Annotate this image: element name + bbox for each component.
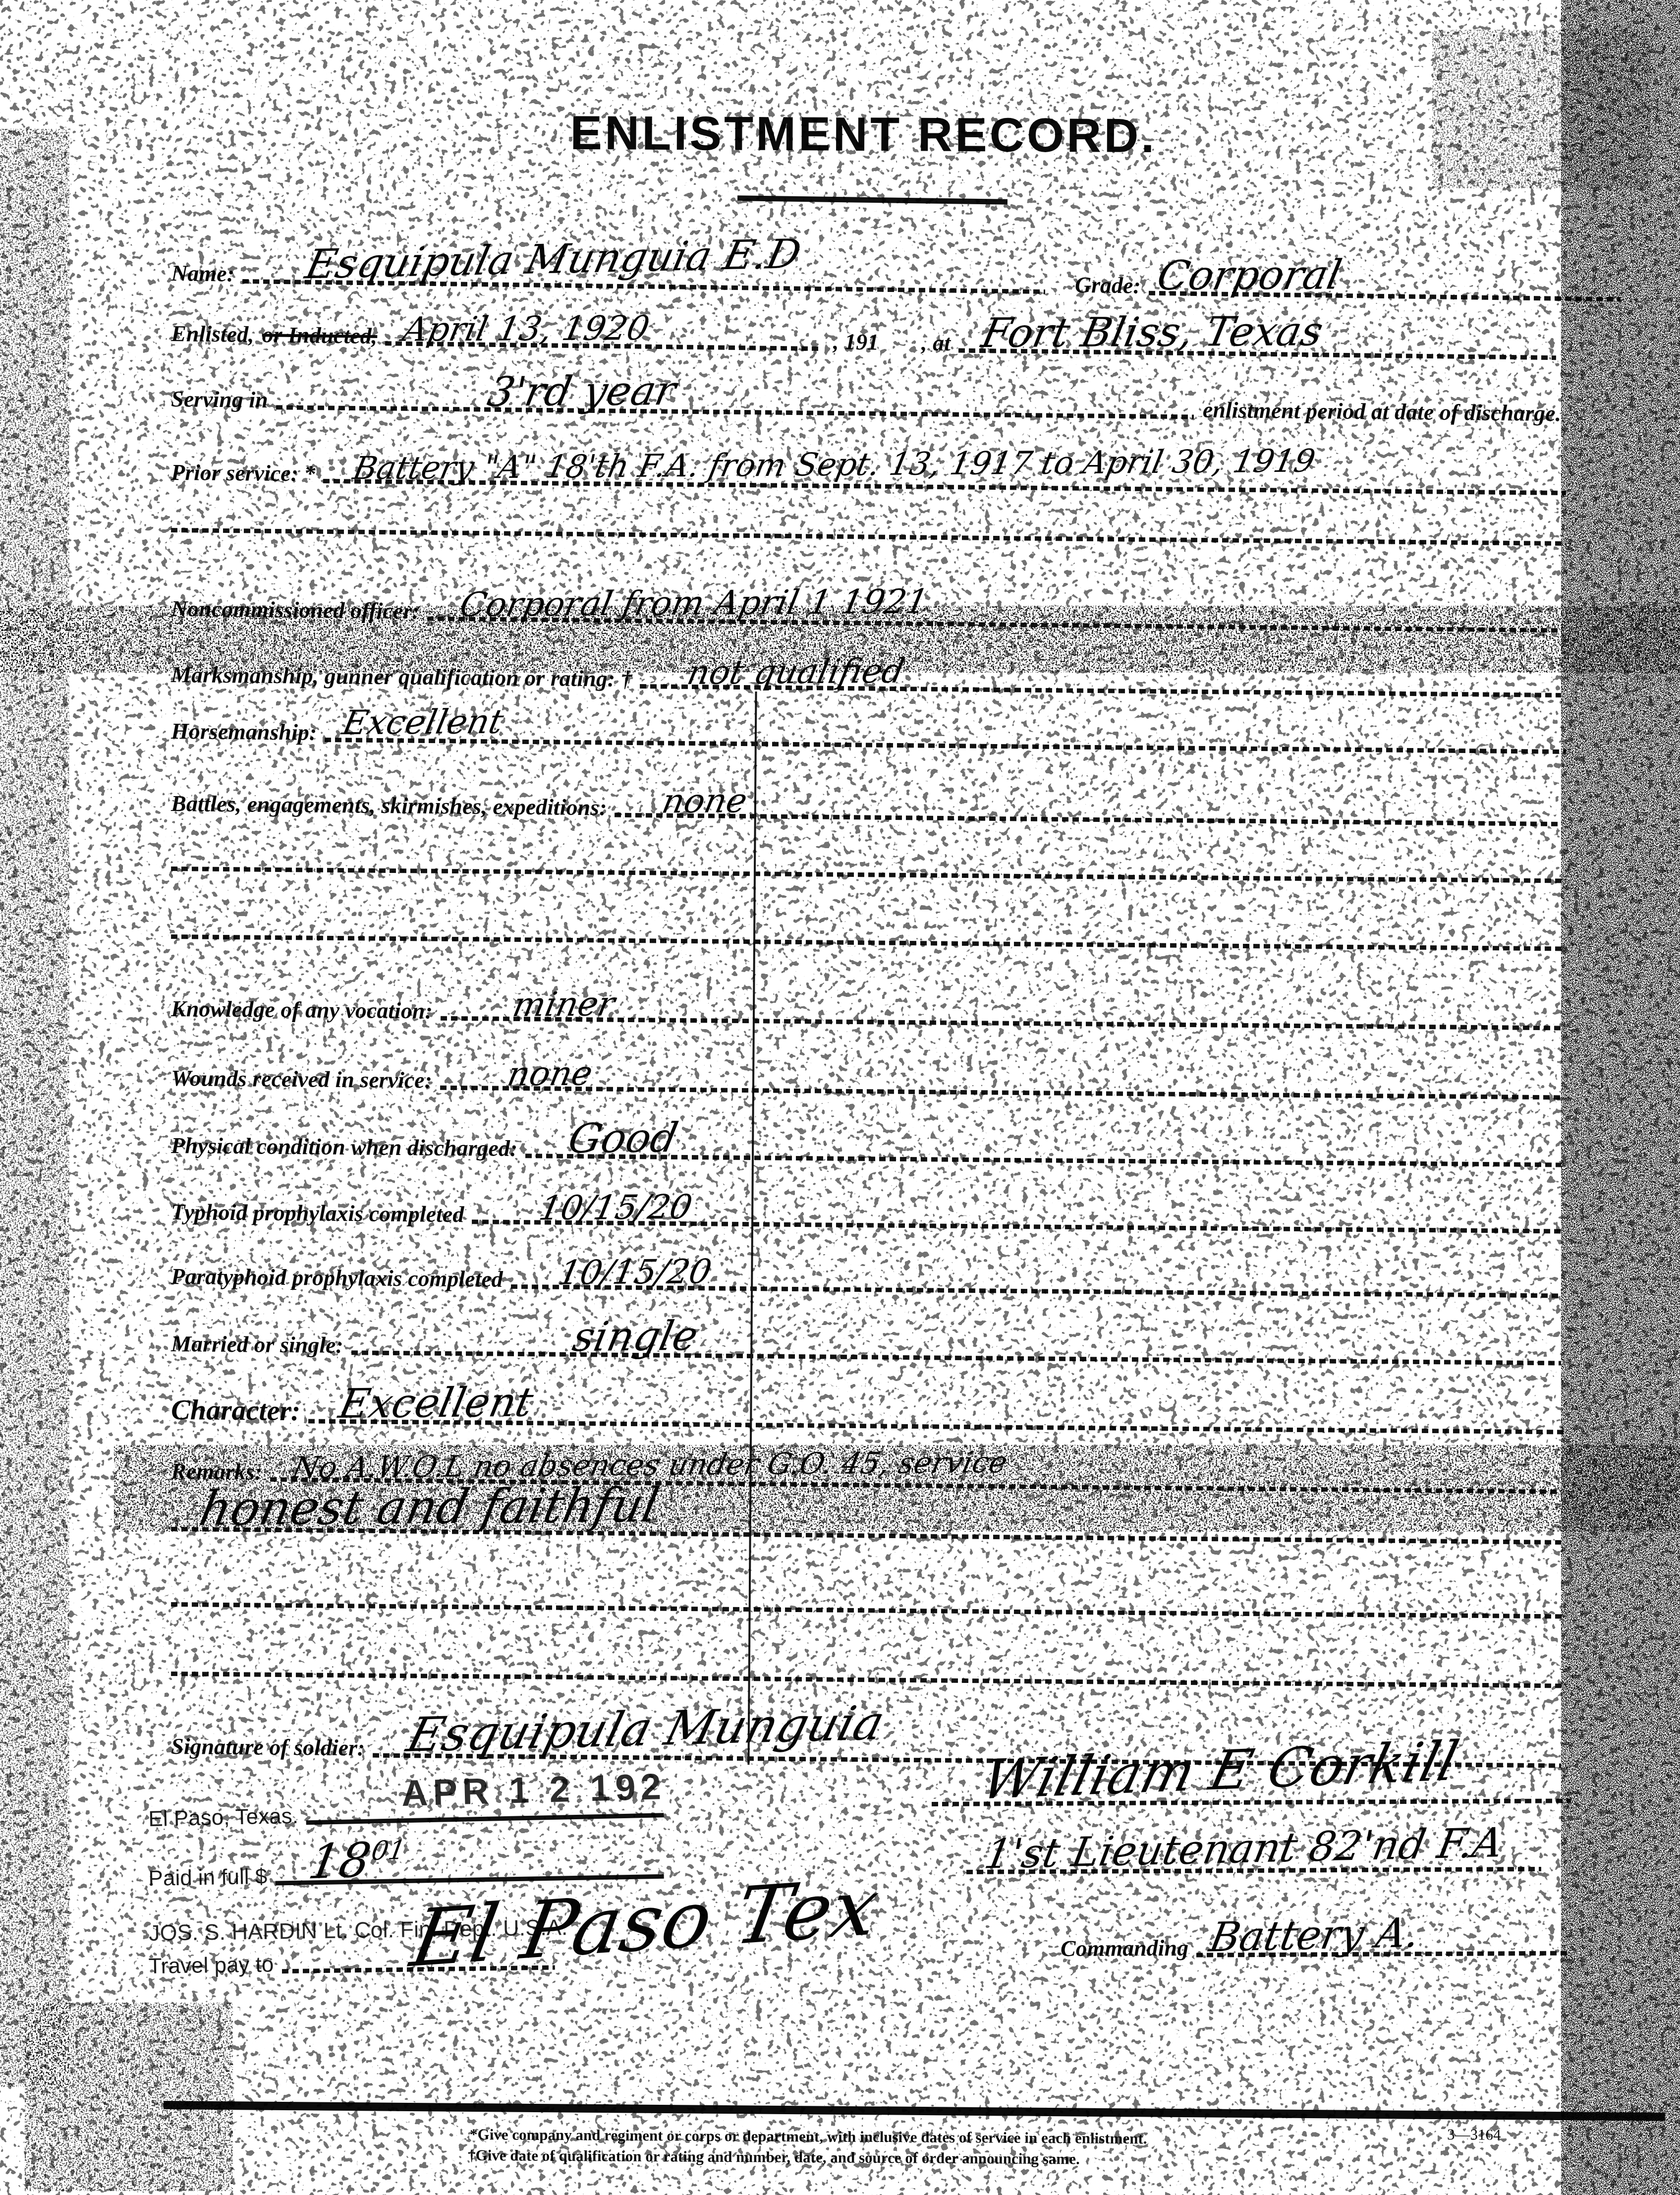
paratyphoid-value-handwriting: 10/15/20	[556, 1255, 714, 1290]
wounds-line: none	[440, 1086, 1561, 1100]
enlisted-at-label: , at	[921, 332, 958, 356]
marksmanship-line: not qualified	[640, 684, 1561, 697]
character-line: Excellent	[308, 1419, 1566, 1434]
enlisted-place-handwriting: Fort Bliss, Texas	[978, 312, 1327, 354]
footnote-2: †Give date of qualification or rating an…	[468, 2146, 1080, 2168]
grade-line: Corporal	[1149, 291, 1621, 301]
marksmanship-value-handwriting: not qualified	[684, 655, 907, 690]
officer-rank-row: 1'st Lieutenant 82'nd F.A	[966, 1867, 1541, 1877]
wounds-value-handwriting: none	[504, 1057, 595, 1092]
travel-pay-handwriting: El Paso Tex	[367, 1867, 884, 2195]
officer-rank-handwriting: 1'st Lieutenant 82'nd F.A	[981, 1823, 1507, 1875]
horsemanship-label: Horsemanship:	[171, 720, 325, 745]
field-row-prior-service: Prior service: * Battery "A" 18'th F.A. …	[171, 461, 1566, 498]
remarks-line-2: honest and faithful	[171, 1527, 1561, 1545]
physical-value-handwriting: Good	[565, 1118, 681, 1159]
typhoid-line: 10/15/20	[472, 1219, 1561, 1233]
empty-line-2	[171, 866, 1566, 883]
empty-line-3	[171, 934, 1566, 951]
paid-amount-handwriting: 1801	[305, 1835, 408, 1886]
nco-line: Corporal from April 1 1921	[427, 616, 1561, 633]
field-row-remarks-2: honest and faithful	[171, 1527, 1561, 1548]
empty-line-1	[171, 528, 1566, 546]
enlisted-year-blank	[887, 355, 921, 355]
nco-value-handwriting: Corporal from April 1 1921	[457, 585, 931, 622]
vocation-line: miner	[441, 1016, 1561, 1031]
enlisted-year-prefix: , 191	[821, 330, 887, 355]
battles-value-handwriting: none	[659, 784, 750, 818]
signature-label: Signature of soldier:	[171, 1735, 373, 1761]
field-row-name-grade: Name: Esquipula Munguia E.D Grade: Corpo…	[171, 262, 1621, 304]
battles-label: Battles, engagements, skirmishes, expedi…	[171, 792, 615, 820]
marksmanship-label: Marksmanship, gunner qualification or ra…	[171, 663, 640, 692]
vocation-label: Knowledge of any vocation:	[171, 997, 441, 1024]
name-line: Esquipula Munguia E.D	[242, 279, 1045, 294]
field-row-battles: Battles, engagements, skirmishes, expedi…	[171, 792, 1561, 829]
officer-signature-row: William E Corkill	[932, 1798, 1571, 1809]
field-row-paratyphoid: Paratyphoid prophylaxis completed 10/15/…	[171, 1265, 1561, 1301]
field-row-marksmanship: Marksmanship, gunner qualification or ra…	[171, 663, 1561, 700]
grade-label: Grade:	[1045, 273, 1149, 298]
serving-value-handwriting: 3'rd year	[484, 371, 679, 412]
field-row-physical: Physical condition when discharged: Good	[171, 1134, 1561, 1170]
soldier-signature-handwriting: Esquipula Munguia	[402, 1699, 889, 1759]
empty-line-4	[171, 1602, 1566, 1619]
form-number: 3—3164	[1447, 2126, 1501, 2144]
commanding-line: Battery A.	[1196, 1951, 1571, 1958]
character-label: Character:	[171, 1395, 309, 1426]
wounds-label: Wounds received in service:	[171, 1067, 440, 1093]
paid-dollars: 18	[304, 1832, 375, 1890]
married-line: single	[351, 1350, 1561, 1365]
field-row-enlisted: Enlisted, or Inducted, April 13, 1920 , …	[171, 322, 1556, 363]
physical-label: Physical condition when discharged:	[171, 1134, 525, 1161]
commanding-unit-handwriting: Battery A.	[1206, 1913, 1423, 1959]
enlistment-record-page: ENLISTMENT RECORD. Name: Esquipula Mungu…	[0, 0, 1680, 2195]
field-row-serving: Serving in 3'rd year enlistment period a…	[171, 388, 1561, 426]
commanding-row: Commanding Battery A.	[1061, 1935, 1571, 1961]
officer-signature-line: William E Corkill	[932, 1798, 1571, 1806]
prior-service-handwriting: Battery "A" 18'th F.A. from Sept. 13, 19…	[350, 446, 1318, 485]
travel-pay-label: Travel pay to	[148, 1954, 281, 1978]
paratyphoid-label: Paratyphoid prophylaxis completed	[171, 1265, 511, 1292]
commanding-label: Commanding	[1061, 1937, 1196, 1961]
enlisted-date-line: April 13, 1920	[385, 341, 821, 351]
field-row-horsemanship: Horsemanship: Excellent	[171, 720, 1566, 757]
serving-suffix: enlistment period at date of discharge.	[1194, 399, 1562, 426]
enlisted-struck-text: or Inducted,	[262, 323, 385, 348]
field-row-wounds: Wounds received in service: none	[171, 1067, 1561, 1102]
prior-service-label: Prior service: *	[171, 461, 324, 486]
paratyphoid-line: 10/15/20	[511, 1284, 1561, 1298]
empty-line-5	[171, 1672, 1566, 1688]
discharge-place-line	[306, 1813, 664, 1825]
paid-in-full-label: Paid in full $	[148, 1866, 275, 1891]
enlisted-label: Enlisted,	[171, 322, 262, 347]
typhoid-label: Typhoid prophylaxis completed	[171, 1201, 472, 1227]
remarks-handwriting-2: honest and faithful	[196, 1481, 663, 1532]
vocation-value-handwriting: miner	[510, 987, 617, 1022]
officer-rank-line: 1'st Lieutenant 82'nd F.A	[966, 1867, 1541, 1874]
empty-ruled-line-2	[171, 866, 1566, 886]
discharge-place-label: El Paso, Texas.	[148, 1805, 306, 1831]
grade-value-handwriting: Corporal	[1153, 255, 1344, 296]
nco-label: Noncommissioned officer:	[171, 597, 428, 624]
horsemanship-line: Excellent	[325, 738, 1566, 754]
title-underline	[737, 195, 1008, 205]
name-label: Name:	[171, 262, 242, 287]
empty-ruled-line-5	[171, 1672, 1566, 1691]
typhoid-value-handwriting: 10/15/20	[536, 1191, 695, 1226]
name-value-handwriting: Esquipula Munguia E.D	[302, 234, 805, 285]
married-label: Married or single:	[171, 1332, 351, 1358]
battles-line: none	[615, 813, 1561, 826]
married-value-handwriting: single	[569, 1316, 701, 1358]
field-row-typhoid: Typhoid prophylaxis completed 10/15/20	[171, 1201, 1561, 1236]
serving-label: Serving in	[171, 388, 276, 412]
enlisted-date-handwriting: April 13, 1920	[400, 312, 652, 347]
character-value-handwriting: Excellent	[336, 1383, 536, 1425]
page-title: ENLISTMENT RECORD.	[570, 105, 1157, 164]
field-row-nco: Noncommissioned officer: Corporal from A…	[171, 597, 1561, 635]
field-row-married: Married or single: single	[171, 1332, 1561, 1368]
field-row-character: Character: Excellent	[171, 1395, 1566, 1438]
paid-cents: 01	[369, 1835, 407, 1867]
prior-service-line: Battery "A" 18'th F.A. from Sept. 13, 19…	[323, 479, 1566, 495]
empty-ruled-line-4	[171, 1602, 1566, 1622]
horsemanship-value-handwriting: Excellent	[339, 705, 506, 740]
field-row-vocation: Knowledge of any vocation: miner	[171, 997, 1561, 1033]
serving-line: 3'rd year	[276, 405, 1194, 419]
empty-ruled-line-1	[171, 528, 1566, 549]
physical-line: Good	[525, 1154, 1561, 1167]
discharge-place-row: El Paso, Texas.	[148, 1797, 664, 1831]
empty-ruled-line-3	[171, 934, 1566, 954]
enlisted-place-line: Fort Bliss, Texas	[958, 348, 1556, 360]
